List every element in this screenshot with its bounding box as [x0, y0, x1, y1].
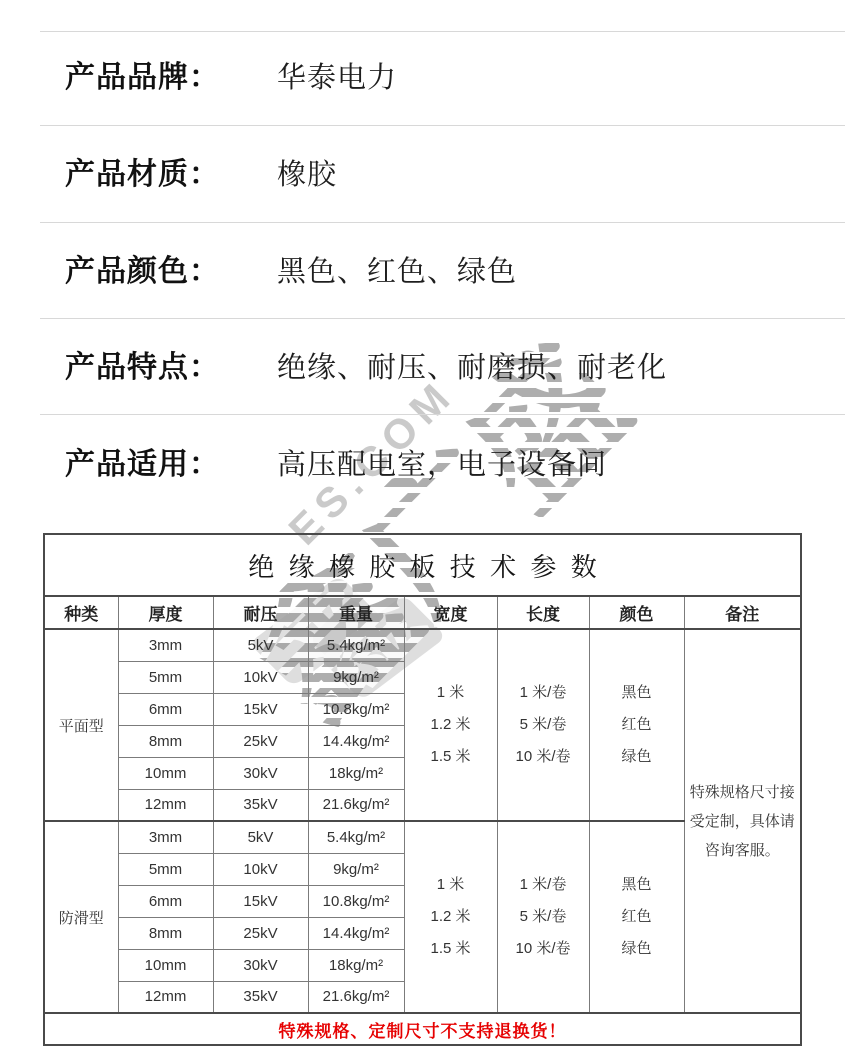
voltage-cell: 10kV [213, 661, 308, 693]
attr-label: 产品特点： [65, 346, 220, 390]
color-cell: 黑色 红色 绿色 [589, 629, 684, 821]
weight-cell: 21.6kg/m² [308, 789, 404, 821]
thickness-cell: 8mm [118, 917, 213, 949]
weight-cell: 10.8kg/m² [308, 885, 404, 917]
thickness-cell: 6mm [118, 885, 213, 917]
attr-label: 产品品牌： [65, 56, 220, 100]
voltage-cell: 35kV [213, 789, 308, 821]
col-header-color: 颜色 [589, 596, 684, 629]
color-cell: 黑色 红色 绿色 [589, 821, 684, 1013]
attr-value: 华泰电力 [277, 56, 397, 100]
col-header-type: 种类 [44, 596, 118, 629]
spec-table: 绝缘橡胶板技术参数 种类 厚度 耐压 重量 宽度 长度 颜色 备注 平面型 3m… [43, 533, 802, 1046]
weight-cell: 9kg/m² [308, 661, 404, 693]
return-policy-notice: 特殊规格、定制尺寸不支持退换货！ [44, 1013, 801, 1045]
thickness-cell: 5mm [118, 853, 213, 885]
divider [40, 414, 845, 415]
table-row: 平面型 3mm 5kV 5.4kg/m² 1 米 1.2 米 1.5 米 1 米… [44, 629, 801, 661]
voltage-cell: 5kV [213, 629, 308, 661]
weight-cell: 14.4kg/m² [308, 917, 404, 949]
attr-label: 产品材质： [65, 153, 220, 197]
divider [40, 31, 845, 32]
voltage-cell: 5kV [213, 821, 308, 853]
weight-cell: 18kg/m² [308, 757, 404, 789]
thickness-cell: 8mm [118, 725, 213, 757]
thickness-cell: 10mm [118, 757, 213, 789]
thickness-cell: 6mm [118, 693, 213, 725]
voltage-cell: 30kV [213, 757, 308, 789]
voltage-cell: 15kV [213, 885, 308, 917]
weight-cell: 21.6kg/m² [308, 981, 404, 1013]
col-header-width: 宽度 [404, 596, 497, 629]
attr-value: 绝缘、耐压、耐磨损、耐老化 [277, 346, 667, 390]
attr-value: 橡胶 [277, 153, 337, 197]
attr-value: 黑色、红色、绿色 [277, 250, 517, 294]
voltage-cell: 25kV [213, 725, 308, 757]
thickness-cell: 12mm [118, 981, 213, 1013]
voltage-cell: 25kV [213, 917, 308, 949]
weight-cell: 5.4kg/m² [308, 821, 404, 853]
width-cell: 1 米 1.2 米 1.5 米 [404, 629, 497, 821]
divider [40, 222, 845, 223]
attr-label: 产品适用： [65, 443, 220, 487]
attr-row-color: 产品颜色： 黑色、红色、绿色 [0, 250, 847, 294]
thickness-cell: 10mm [118, 949, 213, 981]
length-cell: 1 米/卷 5 米/卷 10 米/卷 [497, 821, 589, 1013]
voltage-cell: 10kV [213, 853, 308, 885]
attr-row-material: 产品材质： 橡胶 [0, 153, 847, 197]
attr-value: 高压配电室，电子设备间 [277, 443, 607, 487]
voltage-cell: 15kV [213, 693, 308, 725]
col-header-weight: 重量 [308, 596, 404, 629]
type-cell: 防滑型 [44, 821, 118, 1013]
width-cell: 1 米 1.2 米 1.5 米 [404, 821, 497, 1013]
attr-row-application: 产品适用： 高压配电室，电子设备间 [0, 443, 847, 487]
table-header-row: 种类 厚度 耐压 重量 宽度 长度 颜色 备注 [44, 596, 801, 629]
divider [40, 125, 845, 126]
divider [40, 318, 845, 319]
remark-cell: 特殊规格尺寸接 受定制，具体请 咨询客服。 [684, 629, 801, 1013]
col-header-voltage: 耐压 [213, 596, 308, 629]
voltage-cell: 35kV [213, 981, 308, 1013]
attr-row-brand: 产品品牌： 华泰电力 [0, 56, 847, 100]
weight-cell: 5.4kg/m² [308, 629, 404, 661]
table-title: 绝缘橡胶板技术参数 [44, 534, 801, 596]
product-spec-page: ES.COM 鑫广盛 产品品牌： 华泰电力 产品材质： 橡胶 产品颜色： 黑色、… [0, 0, 847, 1050]
col-header-thickness: 厚度 [118, 596, 213, 629]
length-cell: 1 米/卷 5 米/卷 10 米/卷 [497, 629, 589, 821]
weight-cell: 9kg/m² [308, 853, 404, 885]
attr-label: 产品颜色： [65, 250, 220, 294]
attr-row-features: 产品特点： 绝缘、耐压、耐磨损、耐老化 [0, 346, 847, 390]
col-header-length: 长度 [497, 596, 589, 629]
weight-cell: 10.8kg/m² [308, 693, 404, 725]
thickness-cell: 5mm [118, 661, 213, 693]
weight-cell: 18kg/m² [308, 949, 404, 981]
weight-cell: 14.4kg/m² [308, 725, 404, 757]
thickness-cell: 3mm [118, 629, 213, 661]
thickness-cell: 3mm [118, 821, 213, 853]
thickness-cell: 12mm [118, 789, 213, 821]
type-cell: 平面型 [44, 629, 118, 821]
col-header-remark: 备注 [684, 596, 801, 629]
voltage-cell: 30kV [213, 949, 308, 981]
